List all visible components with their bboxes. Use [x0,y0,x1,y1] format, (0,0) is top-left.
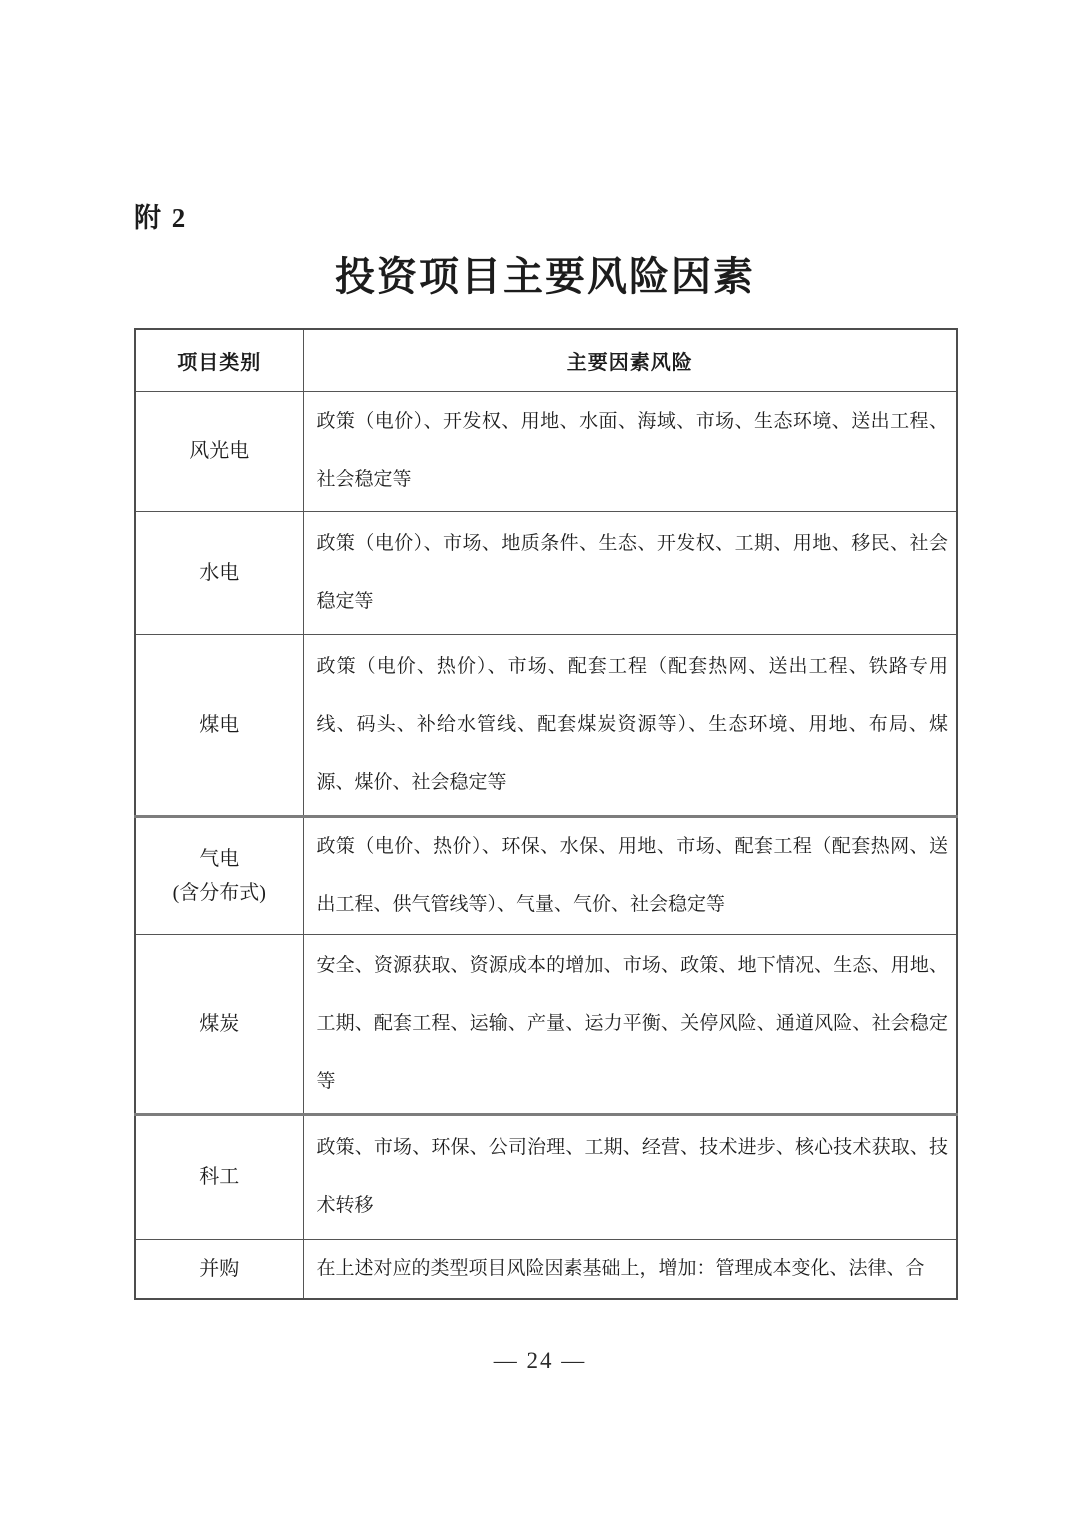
category-label: 科工 [140,1160,299,1194]
risks-text: 安全、资源获取、资源成本的增加、市场、政策、地下情况、生态、用地、工期、配套工程… [317,937,949,1111]
risks-text: 政策（电价）、开发权、用地、水面、海域、市场、生态环境、送出工程、社会稳定等 [317,393,949,509]
risks-text: 政策（电价、热价）、市场、配套工程（配套热网、送出工程、铁路专用线、码头、补给水… [317,638,949,812]
category-label: 煤炭 [140,1007,299,1041]
table-row: 气电 (含分布式) 政策（电价、热价）、环保、水保、用地、市场、配套工程（配套热… [135,816,957,934]
column-header-category: 项目类别 [135,329,303,391]
risks-text: 政策、市场、环保、公司治理、工期、经营、技术进步、核心技术获取、技术转移 [317,1119,949,1235]
risks-cell: 政策（电价、热价）、环保、水保、用地、市场、配套工程（配套热网、送出工程、供气管… [303,816,957,934]
risks-text: 政策（电价、热价）、环保、水保、用地、市场、配套工程（配套热网、送出工程、供气管… [317,818,949,934]
risks-cell: 政策（电价）、开发权、用地、水面、海域、市场、生态环境、送出工程、社会稳定等 [303,391,957,511]
category-cell: 并购 [135,1239,303,1299]
category-cell: 气电 (含分布式) [135,816,303,934]
category-label-line2: (含分布式) [140,876,299,910]
page-title: 投资项目主要风险因素 [134,245,956,302]
table-row: 风光电 政策（电价）、开发权、用地、水面、海域、市场、生态环境、送出工程、社会稳… [135,391,957,511]
category-cell: 水电 [135,511,303,634]
category-cell: 风光电 [135,391,303,511]
risk-factors-table: 项目类别 主要因素风险 风光电 政策（电价）、开发权、用地、水面、海域、市场、生… [134,328,958,1300]
risks-cell: 在上述对应的类型项目风险因素基础上，增加：管理成本变化、法律、合 [303,1239,957,1299]
table-row: 煤电 政策（电价、热价）、市场、配套工程（配套热网、送出工程、铁路专用线、码头、… [135,634,957,816]
table-row: 并购 在上述对应的类型项目风险因素基础上，增加：管理成本变化、法律、合 [135,1239,957,1299]
document-page: 附 2 投资项目主要风险因素 项目类别 主要因素风险 风光电 政策（电价）、开发… [0,0,1080,1527]
table-row: 科工 政策、市场、环保、公司治理、工期、经营、技术进步、核心技术获取、技术转移 [135,1114,957,1239]
category-cell: 煤炭 [135,934,303,1114]
category-cell: 煤电 [135,634,303,816]
category-label: 并购 [140,1252,299,1286]
table-row: 水电 政策（电价）、市场、地质条件、生态、开发权、工期、用地、移民、社会稳定等 [135,511,957,634]
category-label: 气电 [140,842,299,876]
risks-cell: 政策（电价、热价）、市场、配套工程（配套热网、送出工程、铁路专用线、码头、补给水… [303,634,957,816]
category-cell: 科工 [135,1114,303,1239]
category-label: 煤电 [140,708,299,742]
category-label: 水电 [140,556,299,590]
risks-cell: 政策、市场、环保、公司治理、工期、经营、技术进步、核心技术获取、技术转移 [303,1114,957,1239]
appendix-label: 附 2 [134,196,187,235]
risks-cell: 政策（电价）、市场、地质条件、生态、开发权、工期、用地、移民、社会稳定等 [303,511,957,634]
table-header-row: 项目类别 主要因素风险 [135,329,957,391]
column-header-risks: 主要因素风险 [303,329,957,391]
risks-text: 在上述对应的类型项目风险因素基础上，增加：管理成本变化、法律、合 [317,1240,949,1298]
page-number: — 24 — [0,1348,1080,1374]
table-row: 煤炭 安全、资源获取、资源成本的增加、市场、政策、地下情况、生态、用地、工期、配… [135,934,957,1114]
category-label: 风光电 [140,434,299,468]
risks-cell: 安全、资源获取、资源成本的增加、市场、政策、地下情况、生态、用地、工期、配套工程… [303,934,957,1114]
risks-text: 政策（电价）、市场、地质条件、生态、开发权、工期、用地、移民、社会稳定等 [317,515,949,631]
